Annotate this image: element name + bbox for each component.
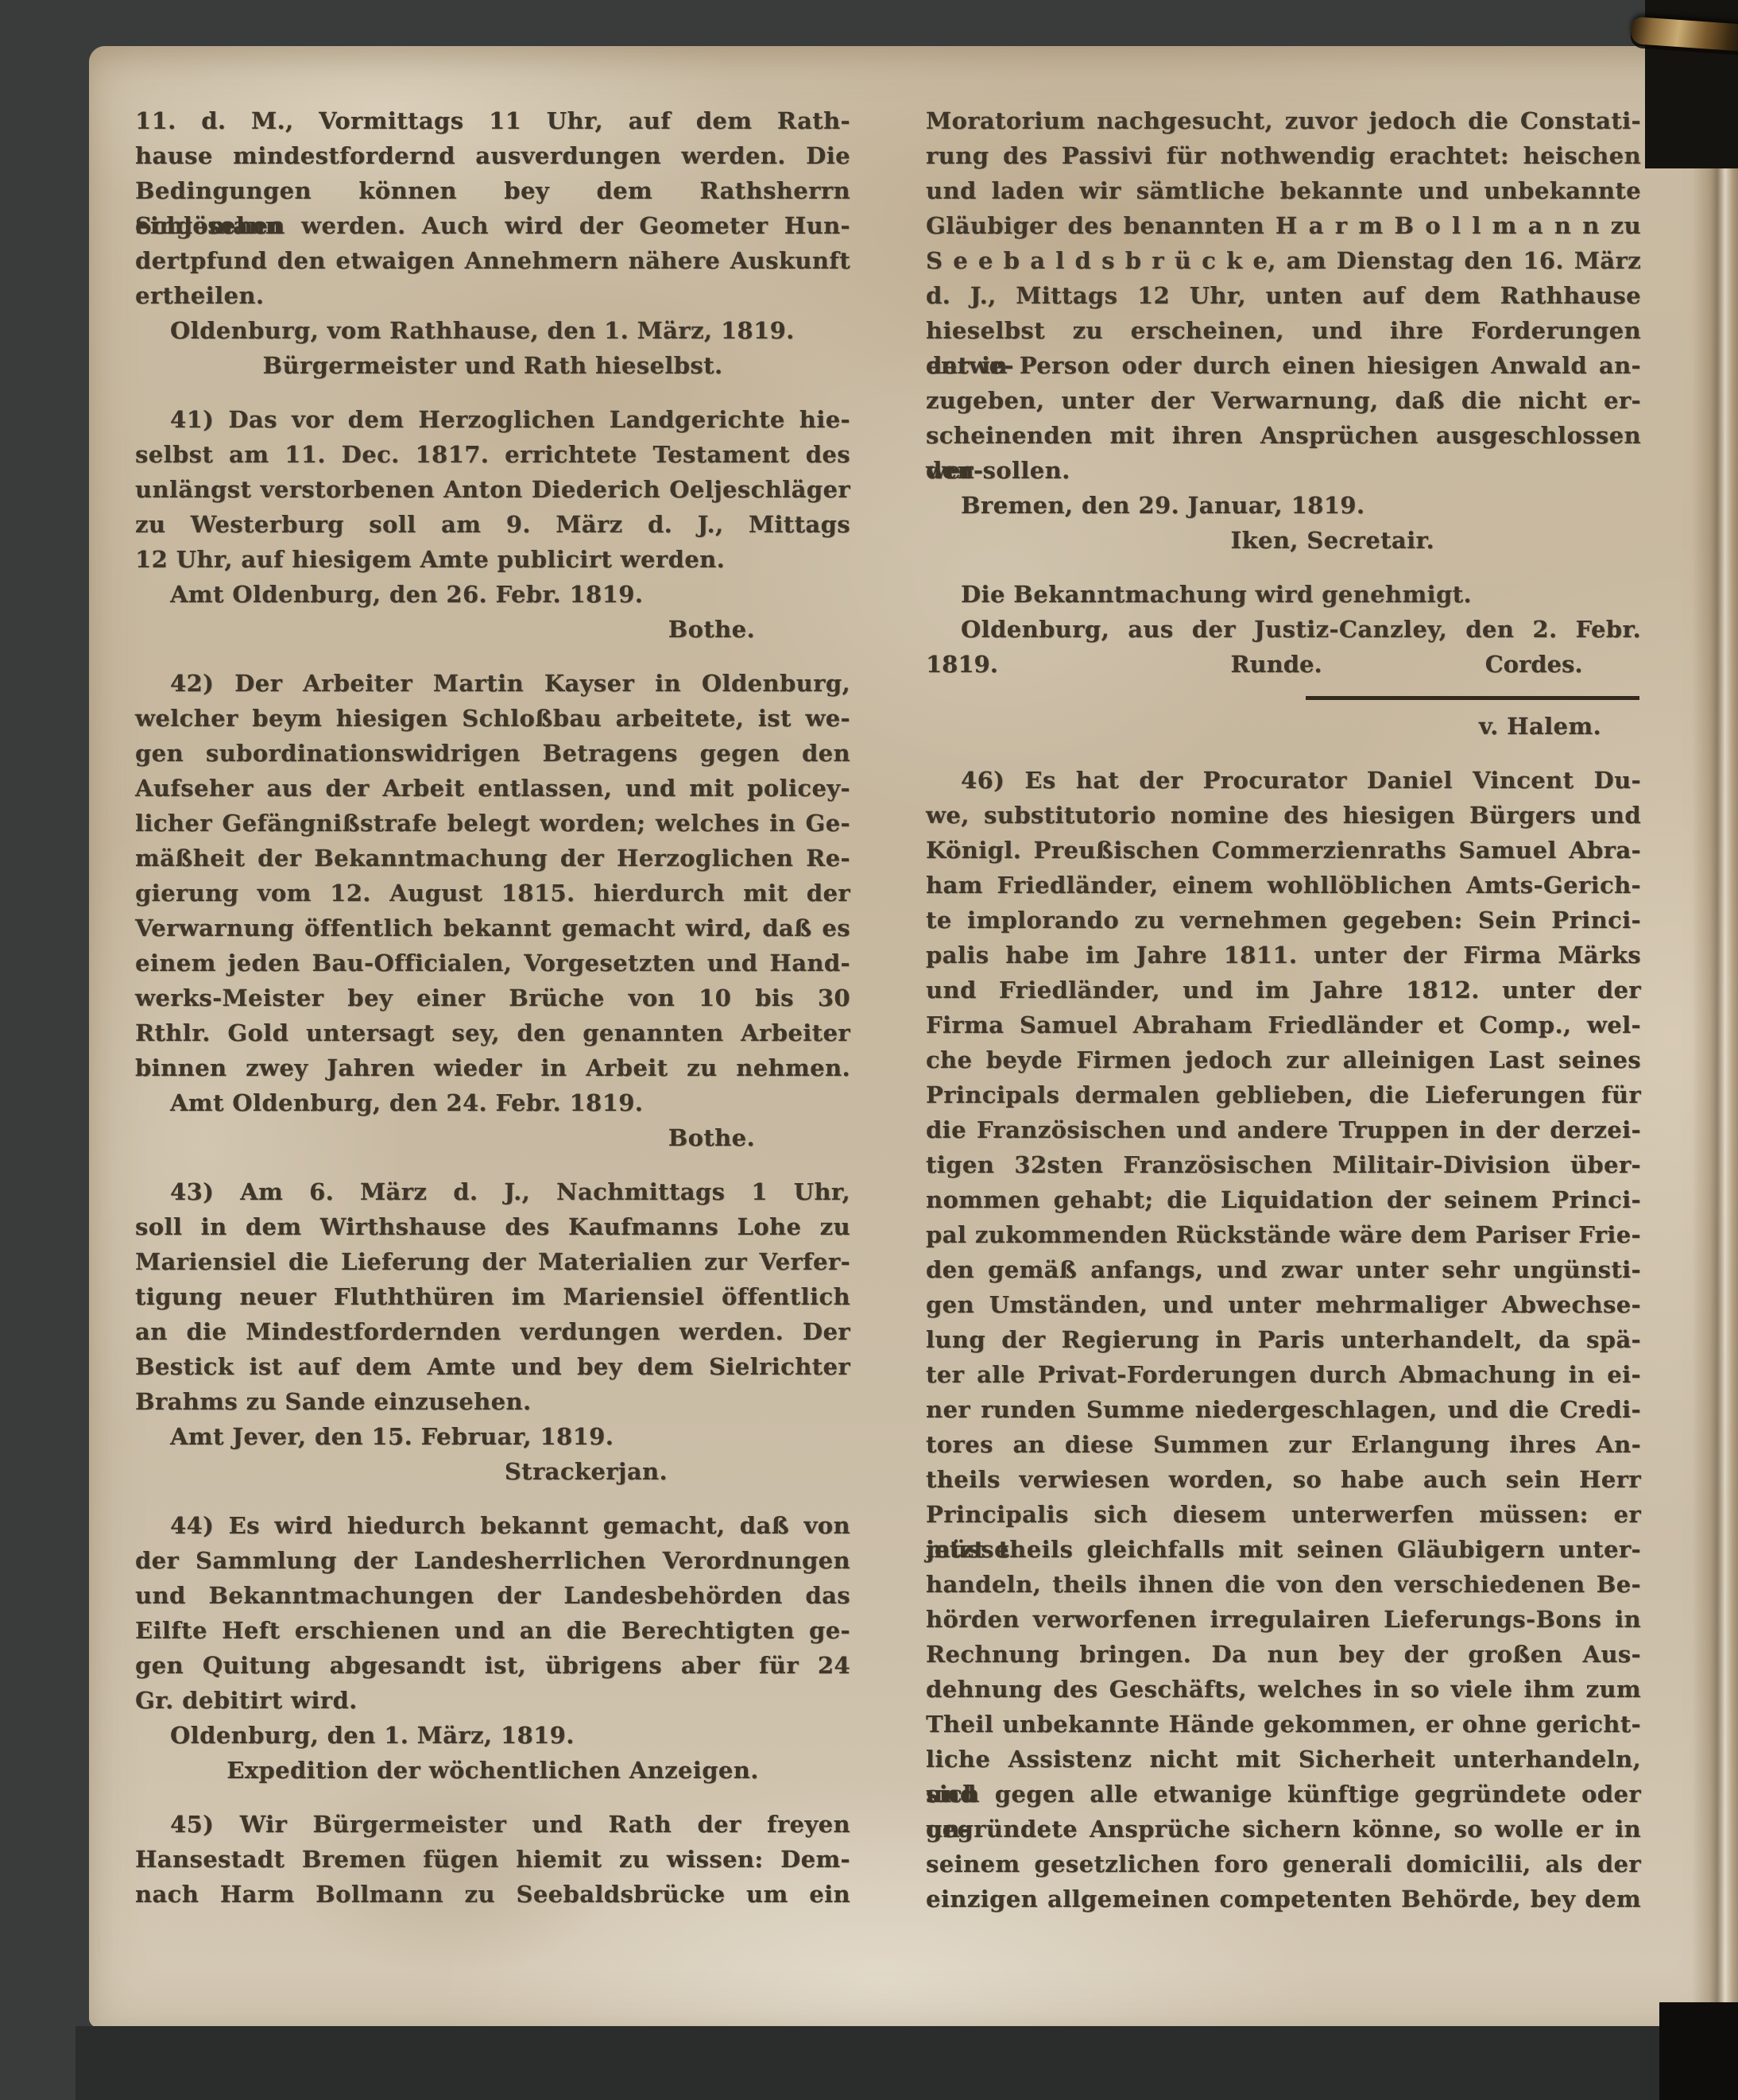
right-text-column: Moratorium nachgesucht, zuvor jedoch die…: [926, 103, 1641, 1916]
text-line: gierung vom 12. August 1815. hierdurch m…: [135, 876, 850, 911]
text-line: ner runden Summe niedergeschlagen, und d…: [926, 1392, 1641, 1427]
text-line: 45) Wir Bürgermeister und Rath der freye…: [135, 1807, 850, 1842]
text-line: Aufseher aus der Arbeit entlassen, und m…: [135, 771, 850, 806]
text-line: 43) Am 6. März d. J., Nachmittags 1 Uhr,: [135, 1174, 850, 1209]
paragraph-gap: [926, 558, 1641, 577]
paragraph: 46) Es hat der Procurator Daniel Vincent…: [926, 763, 1641, 1916]
divider-row: [926, 682, 1641, 709]
text-line: Brahms zu Sande einzusehen.: [135, 1384, 850, 1419]
text-line: lung der Regierung in Paris unterhandelt…: [926, 1322, 1641, 1357]
paragraph: 44) Es wird hiedurch bekannt gemacht, da…: [135, 1508, 850, 1718]
dateline: Oldenburg, den 1. März, 1819.: [135, 1718, 850, 1753]
dateline: Amt Oldenburg, den 24. Febr. 1819.: [135, 1085, 850, 1120]
text-line: Rthlr. Gold untersagt sey, den genannten…: [135, 1015, 850, 1050]
text-line: Principals dermalen geblieben, die Liefe…: [926, 1077, 1641, 1112]
centered-line: Bürgermeister und Rath hieselbst.: [135, 348, 850, 383]
scanned-newspaper-page: 11. d. M., Vormittags 11 Uhr, auf dem Ra…: [89, 46, 1738, 2028]
text-line: jetzt theils gleichfalls mit seinen Gläu…: [926, 1532, 1641, 1567]
paragraph-gap: [926, 744, 1641, 763]
text-line: Bestick ist auf dem Amte und bey dem Sie…: [135, 1349, 850, 1384]
dateline: Die Bekanntmachung wird genehmigt.: [926, 577, 1641, 612]
paragraph: 11. d. M., Vormittags 11 Uhr, auf dem Ra…: [135, 103, 850, 313]
text-line: Gläubiger des benannten H a r m B o l l …: [926, 208, 1641, 243]
dateline: Bremen, den 29. Januar, 1819.: [926, 488, 1641, 523]
text-line: 46) Es hat der Procurator Daniel Vincent…: [926, 763, 1641, 798]
text-line: tores an diese Summen zur Erlangung ihre…: [926, 1427, 1641, 1462]
text-line: scheinenden mit ihren Ansprüchen ausgesc…: [926, 418, 1641, 453]
centered-line: Expedition der wöchentlichen Anzeigen.: [135, 1753, 850, 1788]
text-line: und Bekanntmachungen der Landesbehörden …: [135, 1578, 850, 1613]
text-line: Bedingungen können bey dem Rathsherrn Sc…: [135, 173, 850, 208]
text-line: ter alle Privat-Forderungen durch Abmach…: [926, 1357, 1641, 1392]
text-line: mäßheit der Bekanntmachung der Herzoglic…: [135, 841, 850, 876]
text-line: werks-Meister bey einer Brüche von 10 bi…: [135, 980, 850, 1015]
text-line: einzigen allgemeinen competenten Behörde…: [926, 1881, 1641, 1916]
text-line: 41) Das vor dem Herzoglichen Landgericht…: [135, 402, 850, 437]
paragraph-gap: [135, 647, 850, 666]
text-line: hieselbst zu erscheinen, und ihre Forder…: [926, 313, 1641, 348]
text-line: liche Assistenz nicht mit Sicherheit unt…: [926, 1742, 1641, 1777]
text-line: palis habe im Jahre 1811. unter der Firm…: [926, 938, 1641, 973]
text-line: S e e b a l d s b r ü c k e, am Dienstag…: [926, 243, 1641, 278]
text-line: der in Person oder durch einen hiesigen …: [926, 348, 1641, 383]
text-line: gen Umständen, und unter mehrmaliger Abw…: [926, 1287, 1641, 1322]
paragraph: 45) Wir Bürgermeister und Rath der freye…: [135, 1807, 850, 1912]
text-line: ertheilen.: [135, 278, 850, 313]
signature: Bothe.: [135, 1120, 850, 1155]
text-line: Rechnung bringen. Da nun bey der großen …: [926, 1637, 1641, 1672]
signature: Bothe.: [135, 612, 850, 647]
page-bottom-shadow: [75, 2026, 1738, 2100]
text-line: tigung neuer Fluththüren im Mariensiel ö…: [135, 1279, 850, 1314]
text-line: und Friedländer, und im Jahre 1812. unte…: [926, 973, 1641, 1007]
signature-year: 1819.: [926, 647, 1126, 682]
text-line: hörden verworfenen irregulairen Lieferun…: [926, 1602, 1641, 1637]
text-line: zugeben, unter der Verwarnung, daß die n…: [926, 383, 1641, 418]
dateline: Oldenburg, vom Rathhause, den 1. März, 1…: [135, 313, 850, 348]
text-line: Moratorium nachgesucht, zuvor jedoch die…: [926, 103, 1641, 138]
text-line: handeln, theils ihnen die von den versch…: [926, 1567, 1641, 1602]
horizontal-rule: [1306, 696, 1639, 700]
paragraph-gap: [135, 1155, 850, 1174]
text-line: seinem gesetzlichen foro generali domici…: [926, 1847, 1641, 1881]
dateline: Amt Jever, den 15. Februar, 1819.: [135, 1419, 850, 1454]
dateline: Amt Oldenburg, den 26. Febr. 1819.: [135, 577, 850, 612]
text-line: 44) Es wird hiedurch bekannt gemacht, da…: [135, 1508, 850, 1543]
text-line: Theil unbekannte Hände gekommen, er ohne…: [926, 1707, 1641, 1742]
paragraph: Oldenburg, aus der Justiz-Canzley, den 2…: [926, 612, 1641, 647]
text-line: Oldenburg, aus der Justiz-Canzley, den 2…: [926, 612, 1641, 647]
text-line: nommen gehabt; die Liquidation der seine…: [926, 1182, 1641, 1217]
text-line: che beyde Firmen jedoch zur alleinigen L…: [926, 1042, 1641, 1077]
signature-name: Cordes.: [1426, 647, 1641, 682]
text-line: dertpfund den etwaigen Annehmern nähere …: [135, 243, 850, 278]
signature: v. Halem.: [926, 709, 1641, 744]
paragraph-gap: [135, 1788, 850, 1807]
paragraph: 41) Das vor dem Herzoglichen Landgericht…: [135, 402, 850, 577]
text-line: gen subordinationswidrigen Betragens geg…: [135, 736, 850, 771]
text-line: Eilfte Heft erschienen und an die Berech…: [135, 1613, 850, 1648]
paragraph: 42) Der Arbeiter Martin Kayser in Oldenb…: [135, 666, 850, 1085]
text-line: den gemäß anfangs, und zwar unter sehr u…: [926, 1252, 1641, 1287]
paragraph: 43) Am 6. März d. J., Nachmittags 1 Uhr,…: [135, 1174, 850, 1419]
text-line: unlängst verstorbenen Anton Diederich Oe…: [135, 472, 850, 507]
text-line: nach Harm Bollmann zu Seebaldsbrücke um …: [135, 1877, 850, 1912]
text-line: Gr. debitirt wird.: [135, 1683, 850, 1718]
text-line: ham Friedländer, einem wohllöblichen Amt…: [926, 868, 1641, 903]
text-line: einem jeden Bau-Officialen, Vorgesetzten…: [135, 946, 850, 980]
paragraph-gap: [135, 383, 850, 402]
text-line: Verwarnung öffentlich bekannt gemacht wi…: [135, 911, 850, 946]
signature: Iken, Secretair.: [926, 523, 1641, 558]
page-fold-crease: [1692, 141, 1738, 2028]
text-line: we, substitutorio nomine des hiesigen Bü…: [926, 798, 1641, 833]
text-line: gegründete Ansprüche sichern könne, so w…: [926, 1812, 1641, 1847]
text-line: gen Quitung abgesandt ist, übrigens aber…: [135, 1648, 850, 1683]
text-line: Hansestadt Bremen fügen hiemit zu wissen…: [135, 1842, 850, 1877]
text-line: die Französischen und andere Truppen in …: [926, 1112, 1641, 1147]
text-line: Königl. Preußischen Commerzienraths Samu…: [926, 833, 1641, 868]
text-line: und laden wir sämtliche bekannte und unb…: [926, 173, 1641, 208]
text-line: pal zukommenden Rückstände wäre dem Pari…: [926, 1217, 1641, 1252]
text-line: Principalis sich diesem unterwerfen müss…: [926, 1497, 1641, 1532]
text-line: Mariensiel die Lieferung der Materialien…: [135, 1244, 850, 1279]
text-line: rung des Passivi für nothwendig erachtet…: [926, 138, 1641, 173]
text-line: 42) Der Arbeiter Martin Kayser in Oldenb…: [135, 666, 850, 701]
text-line: theils verwiesen worden, so habe auch se…: [926, 1462, 1641, 1497]
paragraph: Moratorium nachgesucht, zuvor jedoch die…: [926, 103, 1641, 488]
text-line: binnen zwey Jahren wieder in Arbeit zu n…: [135, 1050, 850, 1085]
text-line: 12 Uhr, auf hiesigem Amte publicirt werd…: [135, 542, 850, 577]
text-line: welcher beym hiesigen Schloßbau arbeitet…: [135, 701, 850, 736]
paragraph-gap: [135, 1489, 850, 1508]
text-line: soll in dem Wirthshause des Kaufmanns Lo…: [135, 1209, 850, 1244]
signature-row: 1819.Runde.Cordes.: [926, 647, 1641, 682]
text-line: zu Westerburg soll am 9. März d. J., Mit…: [135, 507, 850, 542]
signature: Strackerjan.: [135, 1454, 850, 1489]
text-line: tigen 32sten Französischen Militair-Divi…: [926, 1147, 1641, 1182]
binding-dark-corner: [1659, 2002, 1738, 2100]
text-line: d. J., Mittags 12 Uhr, unten auf dem Rat…: [926, 278, 1641, 313]
text-line: an die Mindestfordernden verdungen werde…: [135, 1314, 850, 1349]
text-line: te implorando zu vernehmen gegeben: Sein…: [926, 903, 1641, 938]
text-line: dehnung des Geschäfts, welches in so vie…: [926, 1672, 1641, 1707]
text-line: sich gegen alle etwanige künftige gegrün…: [926, 1777, 1641, 1812]
left-text-column: 11. d. M., Vormittags 11 Uhr, auf dem Ra…: [135, 103, 850, 1912]
text-line: 11. d. M., Vormittags 11 Uhr, auf dem Ra…: [135, 103, 850, 138]
text-line: der Sammlung der Landesherrlichen Verord…: [135, 1543, 850, 1578]
text-line: den sollen.: [926, 453, 1641, 488]
text-line: Firma Samuel Abraham Friedländer et Comp…: [926, 1007, 1641, 1042]
signature-name: Runde.: [1126, 647, 1426, 682]
text-line: selbst am 11. Dec. 1817. errichtete Test…: [135, 437, 850, 472]
text-line: eingesehen werden. Auch wird der Geomete…: [135, 208, 850, 243]
text-line: hause mindestfordernd ausverdungen werde…: [135, 138, 850, 173]
text-line: licher Gefängnißstrafe belegt worden; we…: [135, 806, 850, 841]
